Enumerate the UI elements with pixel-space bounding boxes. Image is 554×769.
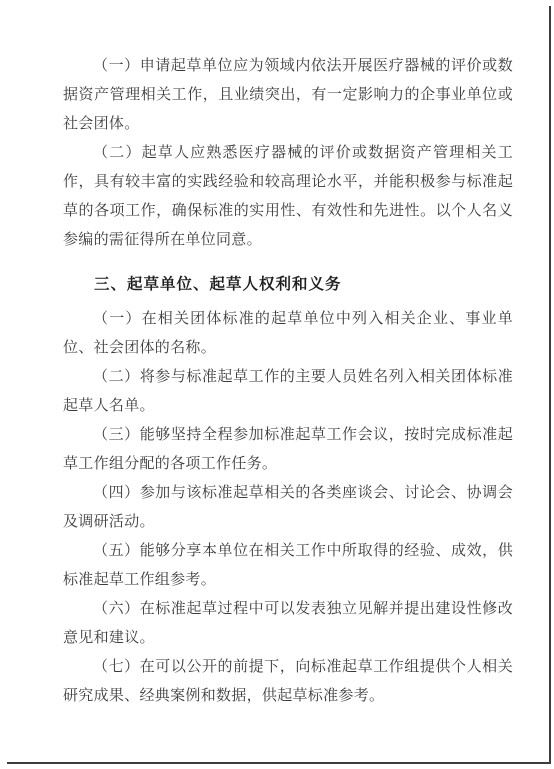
body-paragraph: （二）将参与标准起草工作的主要人员姓名列入相关团体标准起草人名单。 — [63, 363, 513, 421]
section-heading: 三、起草单位、起草人权利和义务 — [63, 270, 513, 299]
body-paragraph: （一）在相关团体标准的起草单位中列入相关企业、事业单位、社会团体的名称。 — [63, 305, 513, 363]
document-content: （一）申请起草单位应为领域内依法开展医疗器械的评价或数据资产管理相关工作，且业绩… — [63, 52, 513, 711]
body-paragraph: （三）能够坚持全程参加标准起草工作会议，按时完成标准起草工作组分配的各项工作任务… — [63, 421, 513, 479]
document-page: （一）申请起草单位应为领域内依法开展医疗器械的评价或数据资产管理相关工作，且业绩… — [0, 0, 554, 769]
page-edge-bottom-line — [7, 762, 551, 764]
body-paragraph: （一）申请起草单位应为领域内依法开展医疗器械的评价或数据资产管理相关工作，且业绩… — [63, 52, 513, 139]
body-paragraph: （二）起草人应熟悉医疗器械的评价或数据资产管理相关工作，具有较丰富的实践经验和较… — [63, 139, 513, 255]
body-paragraph: （六）在标准起草过程中可以发表独立见解并提出建设性修改意见和建议。 — [63, 595, 513, 653]
body-paragraph: （四）参加与该标准起草相关的各类座谈会、讨论会、协调会及调研活动。 — [63, 479, 513, 537]
body-paragraph: （七）在可以公开的前提下，向标准起草工作组提供个人相关研究成果、经典案例和数据，… — [63, 653, 513, 711]
page-edge-right-line — [549, 6, 551, 764]
body-paragraph: （五）能够分享本单位在相关工作中所取得的经验、成效，供标准起草工作组参考。 — [63, 537, 513, 595]
